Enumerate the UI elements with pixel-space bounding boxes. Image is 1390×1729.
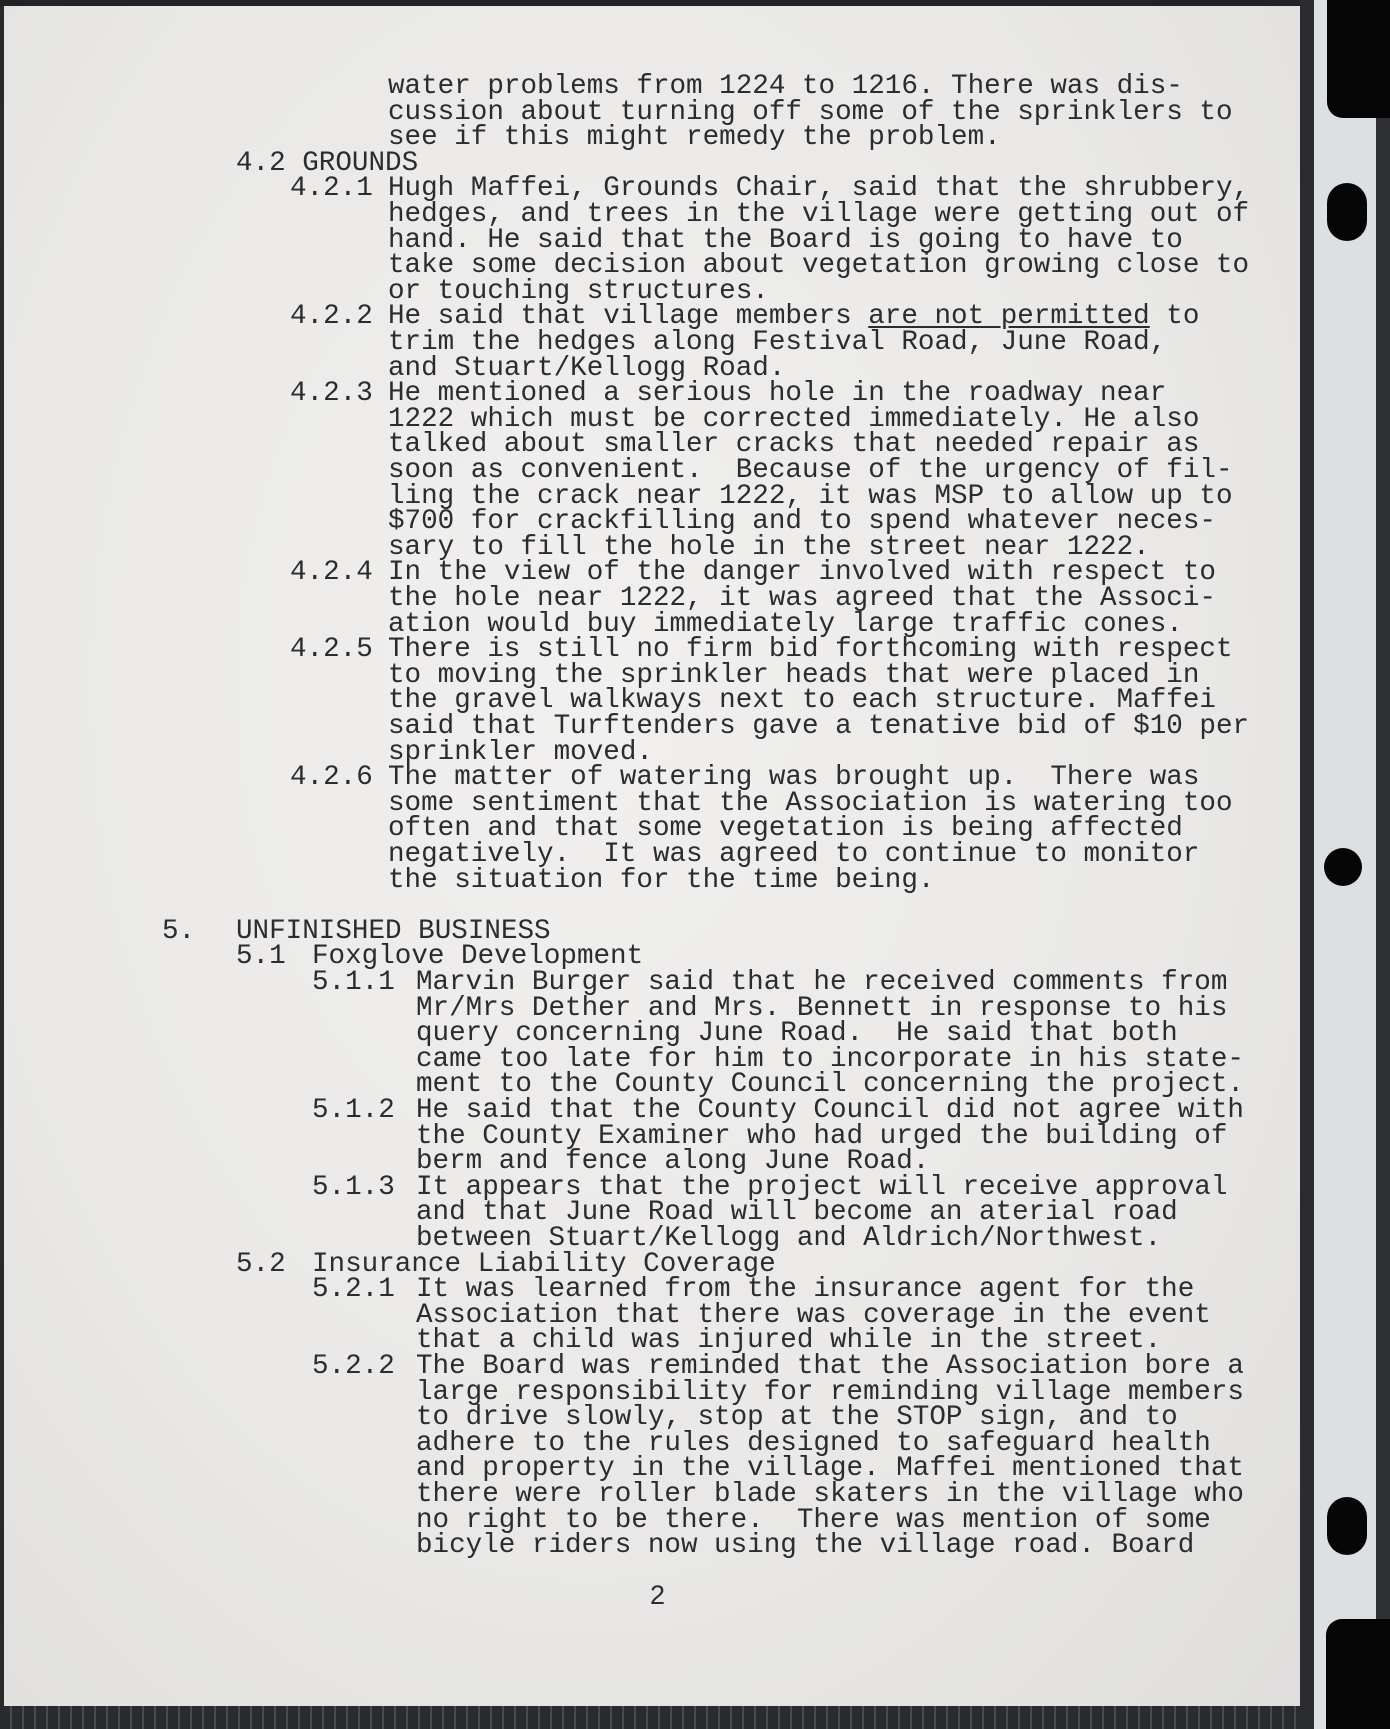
paragraph-line: the hole near 1222, it was agreed that t…	[388, 586, 1216, 612]
sheet-protector-seam	[1300, 0, 1314, 1729]
paragraph-line: bicyle riders now using the village road…	[416, 1533, 1194, 1559]
item-number: 4.2.1	[290, 176, 373, 202]
paragraph-line: to drive slowly, stop at the STOP sign, …	[416, 1405, 1178, 1431]
paragraph-line: negatively. It was agreed to continue to…	[388, 842, 1199, 868]
item-number: 5.2.2	[312, 1354, 395, 1380]
item-number: 5.1.3	[312, 1175, 395, 1201]
binder-tab-bottom	[1326, 1619, 1390, 1729]
paragraph-line: The Board was reminded that the Associat…	[416, 1354, 1244, 1380]
item-number: 4.2.4	[290, 560, 373, 586]
paragraph-line: He mentioned a serious hole in the roadw…	[388, 381, 1166, 407]
paragraph-line: said that Turftenders gave a tenative bi…	[388, 714, 1249, 740]
item-number: 5.2.1	[312, 1277, 395, 1303]
subsection-number: 5.2	[236, 1252, 286, 1278]
paragraph-line: water problems from 1224 to 1216. There …	[388, 74, 1183, 100]
paragraph-line: It was learned from the insurance agent …	[416, 1277, 1194, 1303]
paragraph-line: soon as convenient. Because of the urgen…	[388, 458, 1233, 484]
paragraph-line: take some decision about vegetation grow…	[388, 253, 1249, 279]
item-number: 5.1.2	[312, 1098, 395, 1124]
section-number: 5.	[162, 919, 195, 945]
binder-edge	[1376, 0, 1390, 1729]
paragraph-line: there were roller blade skaters in the v…	[416, 1482, 1244, 1508]
paragraph-line: hedges, and trees in the village were ge…	[388, 202, 1249, 228]
subsection-number: 5.1	[236, 944, 286, 970]
paragraph-line: trim the hedges along Festival Road, Jun…	[388, 330, 1166, 356]
paragraph-line: Marvin Burger said that he received comm…	[416, 970, 1227, 996]
paragraph-line: There is still no firm bid forthcoming w…	[388, 637, 1233, 663]
item-number: 4.2.3	[290, 381, 373, 407]
item-number: 4.2.6	[290, 765, 373, 791]
paragraph-line: $700 for crackfilling and to spend whate…	[388, 509, 1216, 535]
punch-hole-top-icon	[1327, 183, 1367, 241]
paragraph-line: berm and fence along June Road.	[416, 1149, 929, 1175]
item-number: 4.2.5	[290, 637, 373, 663]
punch-hole-middle-icon	[1324, 848, 1362, 886]
punch-hole-bottom-icon	[1327, 1497, 1367, 1555]
item-number: 5.1.1	[312, 970, 395, 996]
item-number: 4.2.2	[290, 304, 373, 330]
paragraph-line: the situation for the time being.	[388, 868, 934, 894]
sheet-protector-bottom-edge	[0, 1706, 1326, 1729]
paragraph-line: between Stuart/Kellogg and Aldrich/North…	[416, 1226, 1161, 1252]
paragraph-line: query concerning June Road. He said that…	[416, 1021, 1178, 1047]
page-number: 2	[650, 1580, 665, 1611]
paragraph-line: The matter of watering was brought up. T…	[388, 765, 1199, 791]
paragraph-line: He said that the County Council did not …	[416, 1098, 1244, 1124]
paragraph-line: see if this might remedy the problem.	[388, 125, 1001, 151]
binder-tab-top	[1327, 0, 1390, 118]
